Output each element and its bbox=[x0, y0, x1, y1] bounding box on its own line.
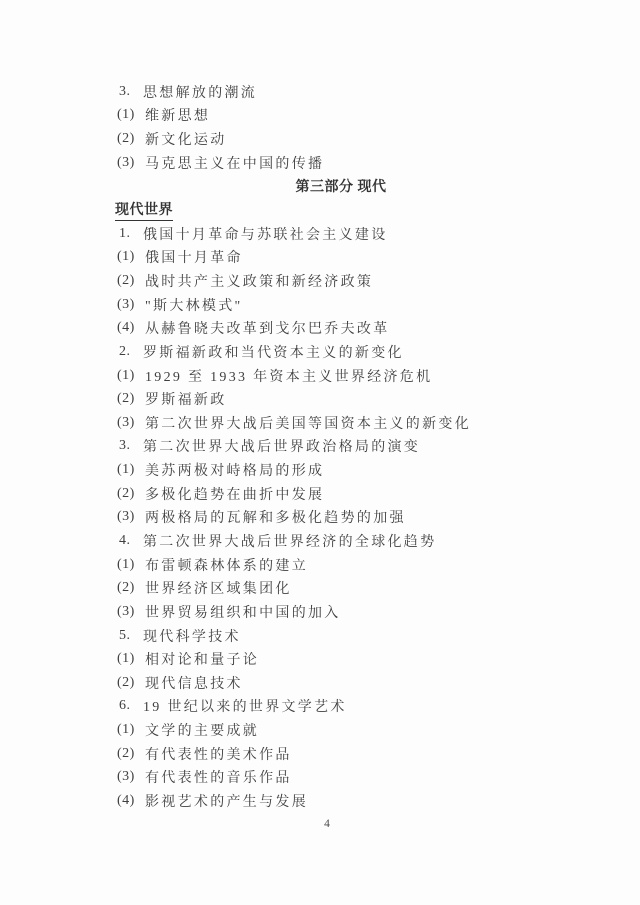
item-text: 1929 至 1933 年资本主义世界经济危机 bbox=[145, 366, 432, 386]
item-text: 罗斯福新政 bbox=[145, 389, 227, 409]
outline-subitem: (1) 文学的主要成就 bbox=[115, 718, 567, 742]
item-number: (2) bbox=[115, 131, 145, 147]
item-number: (3) bbox=[115, 297, 145, 313]
item-text: 俄国十月革命 bbox=[145, 247, 243, 267]
outline-subitem: (2) 罗斯福新政 bbox=[115, 387, 567, 411]
item-text: 俄国十月革命与苏联社会主义建设 bbox=[143, 224, 388, 244]
item-number: (2) bbox=[115, 486, 145, 502]
item-number: (1) bbox=[115, 368, 145, 384]
outline-subitem: (1) 美苏两极对峙格局的形成 bbox=[115, 458, 567, 482]
item-number: (3) bbox=[115, 604, 145, 620]
item-number: 5. bbox=[115, 628, 143, 644]
outline-content: 3. 思想解放的潮流 (1) 维新思想 (2) 新文化运动 (3) 马克思主义在… bbox=[115, 80, 567, 813]
item-number: 6. bbox=[115, 698, 143, 714]
outline-subitem: (2) 新文化运动 bbox=[115, 127, 567, 151]
item-text: 世界经济区域集团化 bbox=[145, 578, 292, 598]
outline-subitem: (1) 1929 至 1933 年资本主义世界经济危机 bbox=[115, 364, 567, 388]
item-number: (1) bbox=[115, 651, 145, 667]
item-number: (2) bbox=[115, 675, 145, 691]
item-text: 布雷顿森林体系的建立 bbox=[145, 555, 308, 575]
outline-subitem: (2) 多极化趋势在曲折中发展 bbox=[115, 482, 567, 506]
item-text: 维新思想 bbox=[145, 105, 210, 125]
outline-item: 3. 思想解放的潮流 bbox=[115, 80, 567, 104]
part-heading: 第三部分 现代 bbox=[115, 175, 567, 199]
outline-subitem: (2) 现代信息技术 bbox=[115, 671, 567, 695]
item-text: 有代表性的音乐作品 bbox=[145, 767, 292, 787]
item-text: 战时共产主义政策和新经济政策 bbox=[145, 271, 373, 291]
item-number: (3) bbox=[115, 155, 145, 171]
outline-subitem: (1) 维新思想 bbox=[115, 104, 567, 128]
item-number: (3) bbox=[115, 769, 145, 785]
part-heading-text: 第三部分 现代 bbox=[296, 176, 387, 196]
outline-subitem: (1) 俄国十月革命 bbox=[115, 245, 567, 269]
item-number: (2) bbox=[115, 580, 145, 596]
page-number: 4 bbox=[0, 818, 640, 830]
item-text: 思想解放的潮流 bbox=[143, 82, 257, 102]
item-text: 19 世纪以来的世界文学艺术 bbox=[143, 696, 347, 716]
item-number: (1) bbox=[115, 557, 145, 573]
item-text: 美苏两极对峙格局的形成 bbox=[145, 460, 324, 480]
item-number: (4) bbox=[115, 793, 145, 809]
item-text: 世界贸易组织和中国的加入 bbox=[145, 602, 341, 622]
outline-subitem: (4) 从赫鲁晓夫改革到戈尔巴乔夫改革 bbox=[115, 316, 567, 340]
outline-item: 3. 第二次世界大战后世界政治格局的演变 bbox=[115, 435, 567, 459]
item-number: 2. bbox=[115, 344, 143, 360]
item-text: 现代信息技术 bbox=[145, 673, 243, 693]
outline-item: 4. 第二次世界大战后世界经济的全球化趋势 bbox=[115, 529, 567, 553]
item-number: (4) bbox=[115, 320, 145, 336]
document-page: 3. 思想解放的潮流 (1) 维新思想 (2) 新文化运动 (3) 马克思主义在… bbox=[0, 0, 640, 905]
item-text: "斯大林模式" bbox=[145, 295, 243, 315]
outline-subitem: (2) 有代表性的美术作品 bbox=[115, 742, 567, 766]
outline-subitem: (3) 两极格局的瓦解和多极化趋势的加强 bbox=[115, 506, 567, 530]
item-text: 影视艺术的产生与发展 bbox=[145, 791, 308, 811]
item-text: 从赫鲁晓夫改革到戈尔巴乔夫改革 bbox=[145, 318, 390, 338]
item-text: 第二次世界大战后世界经济的全球化趋势 bbox=[143, 531, 436, 551]
item-text: 第二次世界大战后美国等国资本主义的新变化 bbox=[145, 413, 471, 433]
item-number: (1) bbox=[115, 249, 145, 265]
item-number: (3) bbox=[115, 415, 145, 431]
item-number: (2) bbox=[115, 746, 145, 762]
item-number: (2) bbox=[115, 391, 145, 407]
item-text: 罗斯福新政和当代资本主义的新变化 bbox=[143, 342, 404, 362]
item-number: 4. bbox=[115, 533, 143, 549]
item-number: 1. bbox=[115, 226, 143, 242]
outline-item: 1. 俄国十月革命与苏联社会主义建设 bbox=[115, 222, 567, 246]
outline-subitem: (1) 相对论和量子论 bbox=[115, 647, 567, 671]
item-text: 文学的主要成就 bbox=[145, 720, 259, 740]
item-text: 两极格局的瓦解和多极化趋势的加强 bbox=[145, 507, 406, 527]
item-number: (1) bbox=[115, 462, 145, 478]
item-text: 第二次世界大战后世界政治格局的演变 bbox=[143, 436, 420, 456]
outline-item: 2. 罗斯福新政和当代资本主义的新变化 bbox=[115, 340, 567, 364]
section-heading: 现代世界 bbox=[115, 198, 567, 222]
outline-subitem: (2) 世界经济区域集团化 bbox=[115, 576, 567, 600]
outline-subitem: (3) 第二次世界大战后美国等国资本主义的新变化 bbox=[115, 411, 567, 435]
item-text: 有代表性的美术作品 bbox=[145, 744, 292, 764]
outline-subitem: (3) "斯大林模式" bbox=[115, 293, 567, 317]
outline-subitem: (3) 世界贸易组织和中国的加入 bbox=[115, 600, 567, 624]
item-text: 相对论和量子论 bbox=[145, 649, 259, 669]
item-text: 马克思主义在中国的传播 bbox=[145, 153, 324, 173]
item-number: (3) bbox=[115, 509, 145, 525]
item-number: (1) bbox=[115, 107, 145, 123]
item-text: 现代科学技术 bbox=[143, 626, 241, 646]
section-heading-text: 现代世界 bbox=[115, 199, 173, 221]
item-text: 多极化趋势在曲折中发展 bbox=[145, 484, 324, 504]
item-number: 3. bbox=[115, 84, 143, 100]
item-number: (1) bbox=[115, 722, 145, 738]
item-text: 新文化运动 bbox=[145, 129, 227, 149]
outline-subitem: (3) 有代表性的音乐作品 bbox=[115, 766, 567, 790]
outline-item: 6. 19 世纪以来的世界文学艺术 bbox=[115, 695, 567, 719]
item-number: 3. bbox=[115, 438, 143, 454]
outline-subitem: (2) 战时共产主义政策和新经济政策 bbox=[115, 269, 567, 293]
outline-subitem: (3) 马克思主义在中国的传播 bbox=[115, 151, 567, 175]
item-number: (2) bbox=[115, 273, 145, 289]
outline-item: 5. 现代科学技术 bbox=[115, 624, 567, 648]
outline-subitem: (1) 布雷顿森林体系的建立 bbox=[115, 553, 567, 577]
outline-subitem: (4) 影视艺术的产生与发展 bbox=[115, 789, 567, 813]
